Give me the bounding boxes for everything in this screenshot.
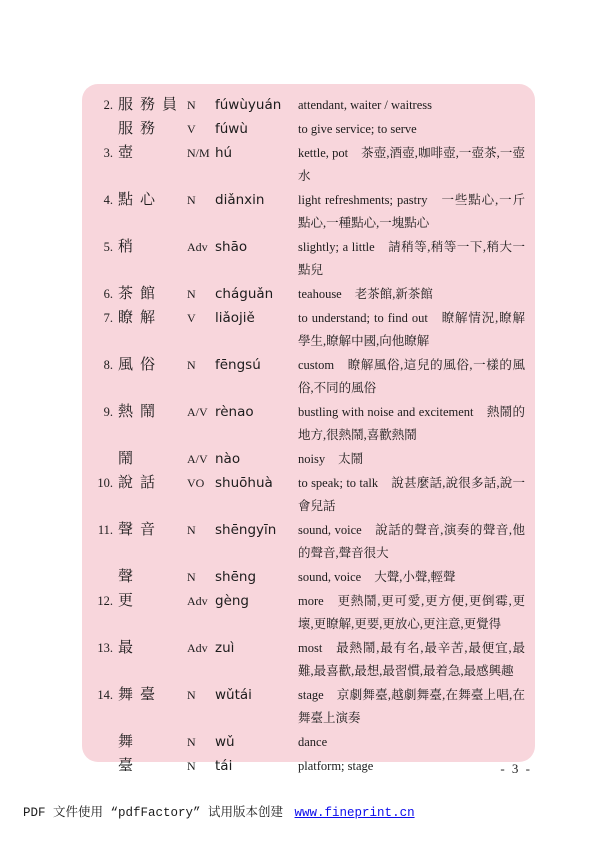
vocab-row: 11. 聲音 N shēngyīn sound, voice說話的聲音,演奏的聲… [97, 518, 527, 565]
pinyin: rènao [215, 401, 298, 424]
pinyin: zuì [215, 637, 298, 660]
definition-english: bustling with noise and excitement [298, 405, 474, 419]
entry-number: 2. [97, 94, 113, 117]
pinyin: liǎojiě [215, 307, 298, 330]
headword-chinese: 舞 [113, 730, 187, 753]
definition: to give service; to serve [298, 118, 527, 141]
entry-number: 8. [97, 354, 113, 377]
pinyin: gèng [215, 590, 298, 613]
vocab-row: 3. 壺 N/M hú kettle, pot茶壺,酒壺,咖啡壺,一壺茶,一壺水 [97, 141, 527, 188]
part-of-speech: N [187, 684, 215, 707]
vocab-row: 2. 服務員 N fúwùyuán attendant, waiter / wa… [97, 93, 527, 117]
headword-chinese: 聲音 [113, 518, 187, 541]
definition-english: dance [298, 735, 327, 749]
definition: sound, voice大聲,小聲,輕聲 [298, 566, 527, 589]
part-of-speech: N [187, 731, 215, 754]
part-of-speech: A/V [187, 448, 215, 471]
vocab-row: 8. 風俗 N fēngsú custom瞭解風俗,這兒的風俗,一樣的風俗,不同… [97, 353, 527, 400]
vocab-row: 13. 最 Adv zuì most最熱鬧,最有名,最辛苦,最便宜,最難,最喜歡… [97, 636, 527, 683]
definition-examples-chinese: 老茶館,新茶館 [355, 287, 433, 301]
definition-english: light refreshments; pastry [298, 193, 428, 207]
entry-number: 6. [97, 283, 113, 306]
pinyin: cháguǎn [215, 283, 298, 306]
part-of-speech: N [187, 189, 215, 212]
headword-chinese: 風俗 [113, 353, 187, 376]
headword-chinese: 茶館 [113, 282, 187, 305]
definition: kettle, pot茶壺,酒壺,咖啡壺,一壺茶,一壺水 [298, 142, 527, 188]
definition-english: sound, voice [298, 523, 362, 537]
pinyin: shēng [215, 566, 298, 589]
headword-chinese: 鬧 [113, 447, 187, 470]
pinyin: fúwù [215, 118, 298, 141]
pinyin: fúwùyuán [215, 94, 298, 117]
vocab-row: 7. 瞭解 V liǎojiě to understand; to find o… [97, 306, 527, 353]
pinyin: nào [215, 448, 298, 471]
part-of-speech: N [187, 283, 215, 306]
definition: slightly; a little請稍等,稍等一下,稍大一點兒 [298, 236, 527, 282]
pinyin: shāo [215, 236, 298, 259]
definition: most最熱鬧,最有名,最辛苦,最便宜,最難,最喜歡,最想,最習慣,最着急,最感… [298, 637, 527, 683]
headword-chinese: 瞭解 [113, 306, 187, 329]
headword-chinese: 點心 [113, 188, 187, 211]
headword-chinese: 最 [113, 636, 187, 659]
definition: bustling with noise and excitement熱鬧的地方,… [298, 401, 527, 447]
definition-english: to give service; to serve [298, 122, 417, 136]
definition: to understand; to find out瞭解情況,瞭解學生,瞭解中國… [298, 307, 527, 353]
part-of-speech: N [187, 94, 215, 117]
entry-number: 10. [97, 472, 113, 495]
headword-chinese: 壺 [113, 141, 187, 164]
definition-english: noisy [298, 452, 325, 466]
entry-number: 9. [97, 401, 113, 424]
definition-examples-chinese: 更熱鬧,更可愛,更方便,更倒霉,更壞,更瞭解,更要,更放心,更注意,更覺得 [298, 594, 525, 631]
definition-english: to understand; to find out [298, 311, 428, 325]
headword-chinese: 更 [113, 589, 187, 612]
definition: sound, voice說話的聲音,演奏的聲音,他的聲音,聲音很大 [298, 519, 527, 565]
definition: attendant, waiter / waitress [298, 94, 527, 117]
headword-chinese: 舞臺 [113, 683, 187, 706]
definition: stage京劇舞臺,越劇舞臺,在舞臺上唱,在舞臺上演奏 [298, 684, 527, 730]
part-of-speech: V [187, 307, 215, 330]
headword-chinese: 聲 [113, 565, 187, 588]
entry-number: 11. [97, 519, 113, 542]
page-number: - 3 - [0, 761, 532, 777]
definition-examples-chinese: 太鬧 [338, 452, 363, 466]
part-of-speech: N [187, 354, 215, 377]
definition-english: more [298, 594, 324, 608]
definition-english: slightly; a little [298, 240, 375, 254]
part-of-speech: A/V [187, 401, 215, 424]
pinyin: wǔ [215, 731, 298, 754]
definition-examples-chinese: 大聲,小聲,輕聲 [374, 570, 455, 584]
definition: light refreshments; pastry一些點心,一斤點心,一種點心… [298, 189, 527, 235]
vocab-row: 4. 點心 N diǎnxin light refreshments; past… [97, 188, 527, 235]
fineprint-link[interactable]: www.fineprint.cn [295, 806, 415, 820]
pinyin: hú [215, 142, 298, 165]
entry-number: 4. [97, 189, 113, 212]
vocab-row: 5. 稍 Adv shāo slightly; a little請稍等,稍等一下… [97, 235, 527, 282]
definition-english: most [298, 641, 322, 655]
definition-english: custom [298, 358, 334, 372]
entry-number: 14. [97, 684, 113, 707]
definition: more更熱鬧,更可愛,更方便,更倒霉,更壞,更瞭解,更要,更放心,更注意,更覺… [298, 590, 527, 636]
part-of-speech: Adv [187, 637, 215, 660]
part-of-speech: VO [187, 472, 215, 495]
headword-chinese: 說話 [113, 471, 187, 494]
vocab-row: 9. 熱鬧 A/V rènao bustling with noise and … [97, 400, 527, 447]
vocab-row: 14. 舞臺 N wǔtái stage京劇舞臺,越劇舞臺,在舞臺上唱,在舞臺上… [97, 683, 527, 730]
definition-english: sound, voice [298, 570, 361, 584]
headword-chinese: 服務員 [113, 93, 187, 116]
part-of-speech: Adv [187, 236, 215, 259]
pdf-watermark: PDF 文件使用 “pdfFactory” 试用版本创建 www.finepri… [23, 802, 415, 820]
vocab-row: 鬧 A/V nào noisy太鬧 [97, 447, 527, 471]
definition: dance [298, 731, 527, 754]
entry-number: 12. [97, 590, 113, 613]
definition: to speak; to talk說甚麼話,說很多話,說一會兒話 [298, 472, 527, 518]
headword-chinese: 服務 [113, 117, 187, 140]
entry-number: 3. [97, 142, 113, 165]
vocab-row: 6. 茶館 N cháguǎn teahouse老茶館,新茶館 [97, 282, 527, 306]
part-of-speech: N [187, 519, 215, 542]
pinyin: diǎnxin [215, 189, 298, 212]
pinyin: fēngsú [215, 354, 298, 377]
definition-english: teahouse [298, 287, 342, 301]
definition-english: to speak; to talk [298, 476, 378, 490]
vocab-row: 舞 N wǔ dance [97, 730, 527, 754]
headword-chinese: 熱鬧 [113, 400, 187, 423]
vocab-list-panel: 2. 服務員 N fúwùyuán attendant, waiter / wa… [82, 84, 535, 762]
definition: noisy太鬧 [298, 448, 527, 471]
part-of-speech: N/M [187, 142, 215, 165]
vocab-row: 12. 更 Adv gèng more更熱鬧,更可愛,更方便,更倒霉,更壞,更瞭… [97, 589, 527, 636]
entry-number: 13. [97, 637, 113, 660]
definition-examples-chinese: 最熱鬧,最有名,最辛苦,最便宜,最難,最喜歡,最想,最習慣,最着急,最感興趣 [298, 641, 525, 678]
definition-english: attendant, waiter / waitress [298, 98, 432, 112]
entry-number: 5. [97, 236, 113, 259]
part-of-speech: N [187, 566, 215, 589]
pinyin: wǔtái [215, 684, 298, 707]
definition: custom瞭解風俗,這兒的風俗,一樣的風俗,不同的風俗 [298, 354, 527, 400]
definition-english: stage [298, 688, 324, 702]
document-page: 2. 服務員 N fúwùyuán attendant, waiter / wa… [0, 0, 595, 842]
definition-examples-chinese: 京劇舞臺,越劇舞臺,在舞臺上唱,在舞臺上演奏 [298, 688, 525, 725]
definition-english: kettle, pot [298, 146, 348, 160]
part-of-speech: V [187, 118, 215, 141]
watermark-text: PDF 文件使用 “pdfFactory” 试用版本创建 [23, 806, 283, 820]
pinyin: shuōhuà [215, 472, 298, 495]
headword-chinese: 稍 [113, 235, 187, 258]
pinyin: shēngyīn [215, 519, 298, 542]
vocab-row: 10. 說話 VO shuōhuà to speak; to talk說甚麼話,… [97, 471, 527, 518]
part-of-speech: Adv [187, 590, 215, 613]
definition: teahouse老茶館,新茶館 [298, 283, 527, 306]
vocab-row: 聲 N shēng sound, voice大聲,小聲,輕聲 [97, 565, 527, 589]
entry-number: 7. [97, 307, 113, 330]
vocab-row: 服務 V fúwù to give service; to serve [97, 117, 527, 141]
